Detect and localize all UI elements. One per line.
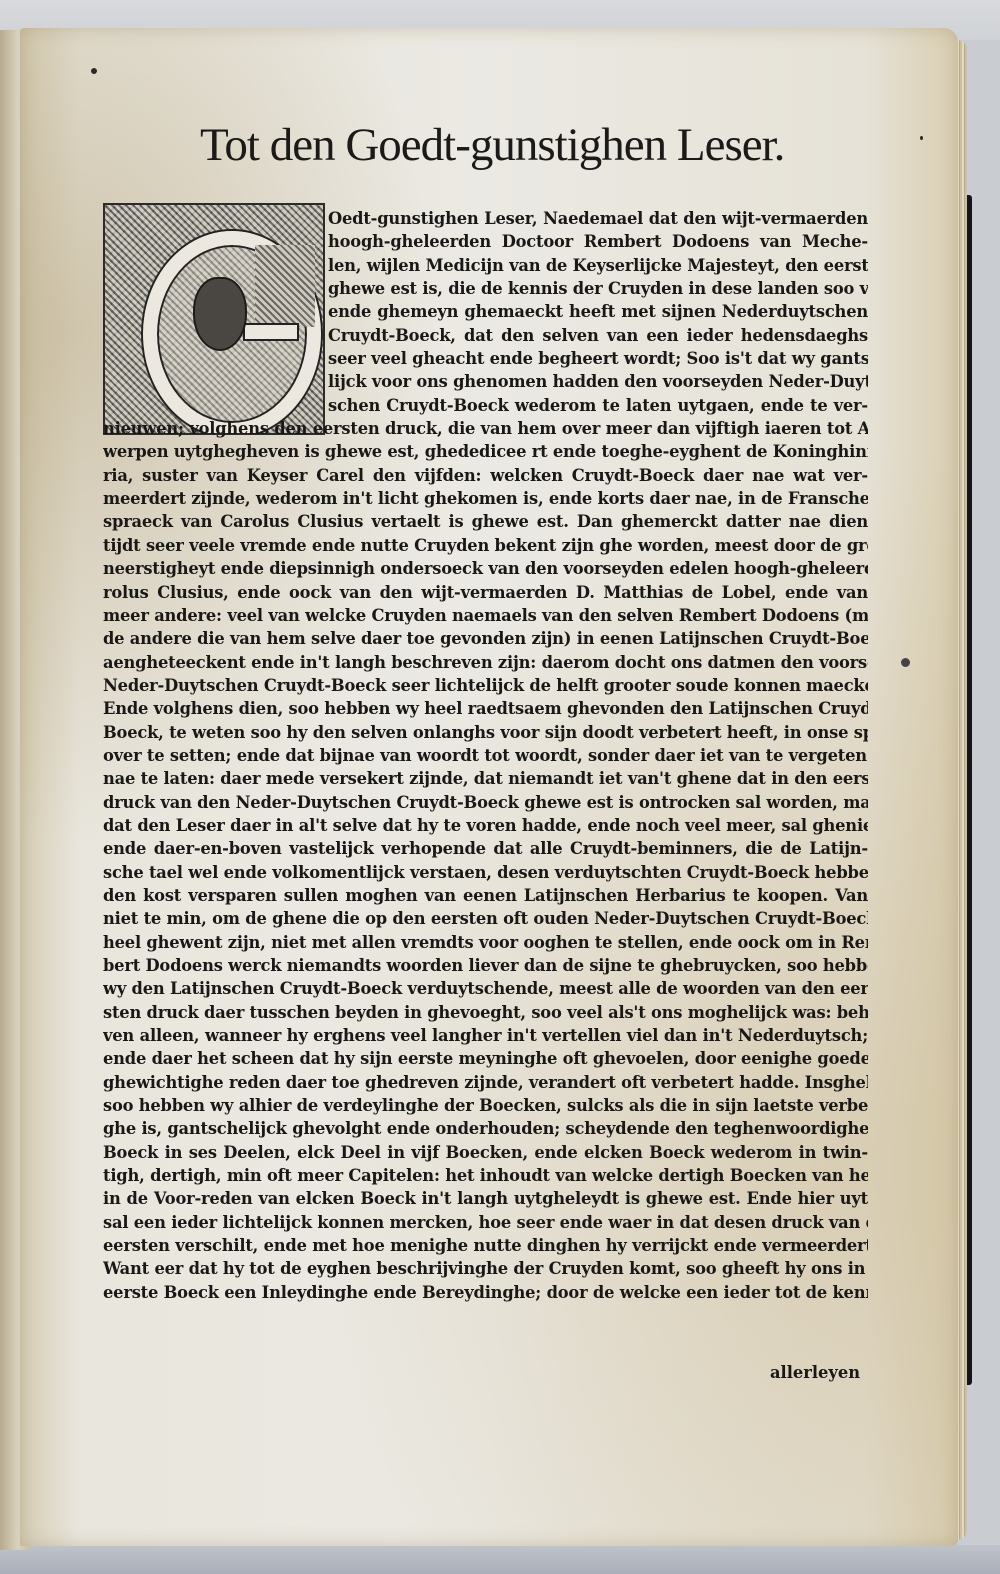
text-line: neerstigheyt ende diepsinnigh ondersoeck… bbox=[103, 557, 868, 580]
text-line: ende ghemeyn ghemaeckt heeft met sijnen … bbox=[103, 300, 868, 323]
text-line: Cruydt-Boeck, dat den selven van een ied… bbox=[103, 324, 868, 347]
text-line: len, wijlen Medicijn van de Keyserlijcke… bbox=[103, 254, 868, 277]
text-line: druck van den Neder-Duytschen Cruydt-Boe… bbox=[103, 791, 868, 814]
text-line: bert Dodoens werck niemandts woorden lie… bbox=[103, 954, 868, 977]
ink-spot bbox=[920, 136, 923, 140]
text-line: dat den Leser daer in al't selve dat hy … bbox=[103, 814, 868, 837]
text-line: hoogh-gheleerden Doctoor Rembert Dodoens… bbox=[103, 230, 868, 253]
text-line: Oedt-gunstighen Leser, Naedemael dat den… bbox=[103, 207, 868, 230]
text-line: seer veel gheacht ende begheert wordt; S… bbox=[103, 347, 868, 370]
text-line: soo hebben wy alhier de verdeylinghe der… bbox=[103, 1094, 868, 1117]
text-line: tijdt seer veele vremde ende nutte Cruyd… bbox=[103, 534, 868, 557]
text-line: niet te min, om de ghene die op den eers… bbox=[103, 907, 868, 930]
text-line: ghe is, gantschelijck ghevolght ende ond… bbox=[103, 1117, 868, 1140]
text-line: Neder-Duytschen Cruydt-Boeck seer lichte… bbox=[103, 674, 868, 697]
text-line: wy den Latijnschen Cruydt-Boeck verduyts… bbox=[103, 977, 868, 1000]
text-line: over te setten; ende dat bijnae van woor… bbox=[103, 744, 868, 767]
text-line: heel ghewent zijn, niet met allen vremdt… bbox=[103, 931, 868, 954]
text-line: Ende volghens dien, soo hebben wy heel r… bbox=[103, 697, 868, 720]
catchword: allerleyen bbox=[770, 1363, 860, 1382]
text-line: nieuwen; volghens den eersten druck, die… bbox=[103, 417, 868, 440]
text-line: Want eer dat hy tot de eyghen beschrijvi… bbox=[103, 1257, 868, 1280]
text-line: rolus Clusius, ende oock van den wijt-ve… bbox=[103, 581, 868, 604]
backdrop-bottom bbox=[0, 1545, 1000, 1574]
text-line: ghewichtighe reden daer toe ghedreven zi… bbox=[103, 1071, 868, 1094]
text-line: tigh, dertigh, min oft meer Capitelen: h… bbox=[103, 1164, 868, 1187]
text-line: werpen uytghegheven is ghewe est, gheded… bbox=[103, 440, 868, 463]
ink-spot bbox=[901, 658, 910, 667]
text-line: sche tael wel ende volkomentlijck versta… bbox=[103, 861, 868, 884]
page-title: Tot den Goedt-gunstighen Leser. bbox=[200, 118, 800, 172]
text-line: spraeck van Carolus Clusius vertaelt is … bbox=[103, 510, 868, 533]
text-line: sal een ieder lichtelijck konnen mercken… bbox=[103, 1211, 868, 1234]
text-line: ende daer-en-boven vastelijck verhopende… bbox=[103, 837, 868, 860]
text-line: sten druck daer tusschen beyden in ghevo… bbox=[103, 1001, 868, 1024]
text-line: nae te laten: daer mede versekert zijnde… bbox=[103, 767, 868, 790]
text-line: ven alleen, wanneer hy erghens veel lang… bbox=[103, 1024, 868, 1047]
ink-spot bbox=[91, 68, 97, 74]
text-line: schen Cruydt-Boeck wederom te laten uytg… bbox=[103, 394, 868, 417]
text-line: eerste Boeck een Inleydinghe ende Bereyd… bbox=[103, 1281, 868, 1304]
text-line: meerdert zijnde, wederom in't licht ghek… bbox=[103, 487, 868, 510]
text-line: de andere die van hem selve daer toe gev… bbox=[103, 627, 868, 650]
body-text: Oedt-gunstighen Leser, Naedemael dat den… bbox=[103, 207, 868, 1304]
text-line: ria, suster van Keyser Carel den vijfden… bbox=[103, 464, 868, 487]
text-line: lijck voor ons ghenomen hadden den voors… bbox=[103, 370, 868, 393]
text-line: in de Voor-reden van elcken Boeck in't l… bbox=[103, 1187, 868, 1210]
text-line: Boeck, te weten soo hy den selven onlang… bbox=[103, 721, 868, 744]
text-line: ende daer het scheen dat hy sijn eerste … bbox=[103, 1047, 868, 1070]
text-line: eersten verschilt, ende met hoe menighe … bbox=[103, 1234, 868, 1257]
text-line: Boeck in ses Deelen, elck Deel in vijf B… bbox=[103, 1141, 868, 1164]
text-line: aengheteeckent ende in't langh beschreve… bbox=[103, 651, 868, 674]
text-line: den kost versparen sullen moghen van een… bbox=[103, 884, 868, 907]
text-line: ghewe est is, die de kennis der Cruyden … bbox=[103, 277, 868, 300]
text-line: meer andere: veel van welcke Cruyden nae… bbox=[103, 604, 868, 627]
